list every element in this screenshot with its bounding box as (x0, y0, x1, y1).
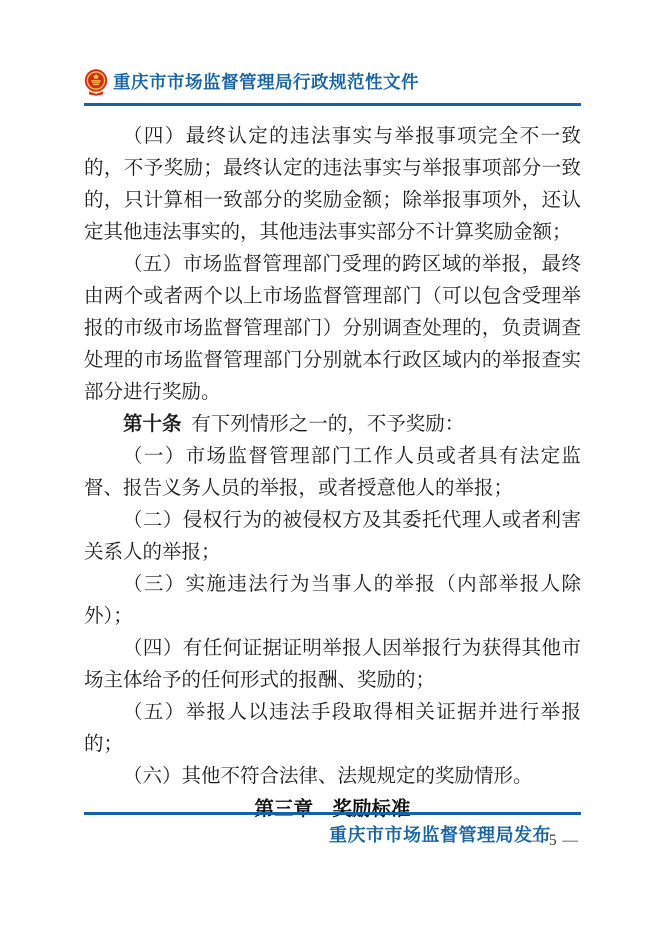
article-number-label: 第十条 (123, 414, 182, 435)
publisher-label: 重庆市市场监督管理局发布 (84, 821, 581, 847)
article-text: 有下列情形之一的，不予奖励： (191, 414, 464, 435)
body-paragraph: （四）最终认定的违法事实与举报事项完全不一致的，不予奖励；最终认定的违法事实与举… (84, 121, 581, 249)
document-masthead: 重庆市市场监督管理局行政规范性文件 (84, 68, 581, 106)
list-item: （一）市场监督管理部门工作人员或者具有法定监督、报告义务人员的举报，或者授意他人… (84, 441, 581, 505)
list-item: （二）侵权行为的被侵权方及其委托代理人或者利害关系人的举报； (84, 505, 581, 569)
document-footer: 重庆市市场监督管理局发布 (84, 812, 581, 847)
list-item: （五）举报人以违法手段取得相关证据并进行举报的； (84, 697, 581, 761)
list-item: （六）其他不符合法律、法规规定的奖励情形。 (84, 761, 581, 793)
document-body: （四）最终认定的违法事实与举报事项完全不一致的，不予奖励；最终认定的违法事实与举… (84, 121, 581, 857)
list-item: （四）有任何证据证明举报人因举报行为获得其他市场主体给予的任何形式的报酬、奖励的… (84, 633, 581, 697)
masthead-title: 重庆市市场监督管理局行政规范性文件 (113, 72, 419, 93)
national-emblem-icon (84, 68, 108, 96)
list-item: （三）实施违法行为当事人的举报（内部举报人除外）； (84, 569, 581, 633)
body-paragraph: （五）市场监督管理部门受理的跨区域的举报，最终由两个或者两个以上市场监督管理部门… (84, 249, 581, 409)
article-10-line: 第十条有下列情形之一的，不予奖励： (84, 409, 581, 441)
document-page: 重庆市市场监督管理局行政规范性文件 （四）最终认定的违法事实与举报事项完全不一致… (0, 0, 662, 936)
